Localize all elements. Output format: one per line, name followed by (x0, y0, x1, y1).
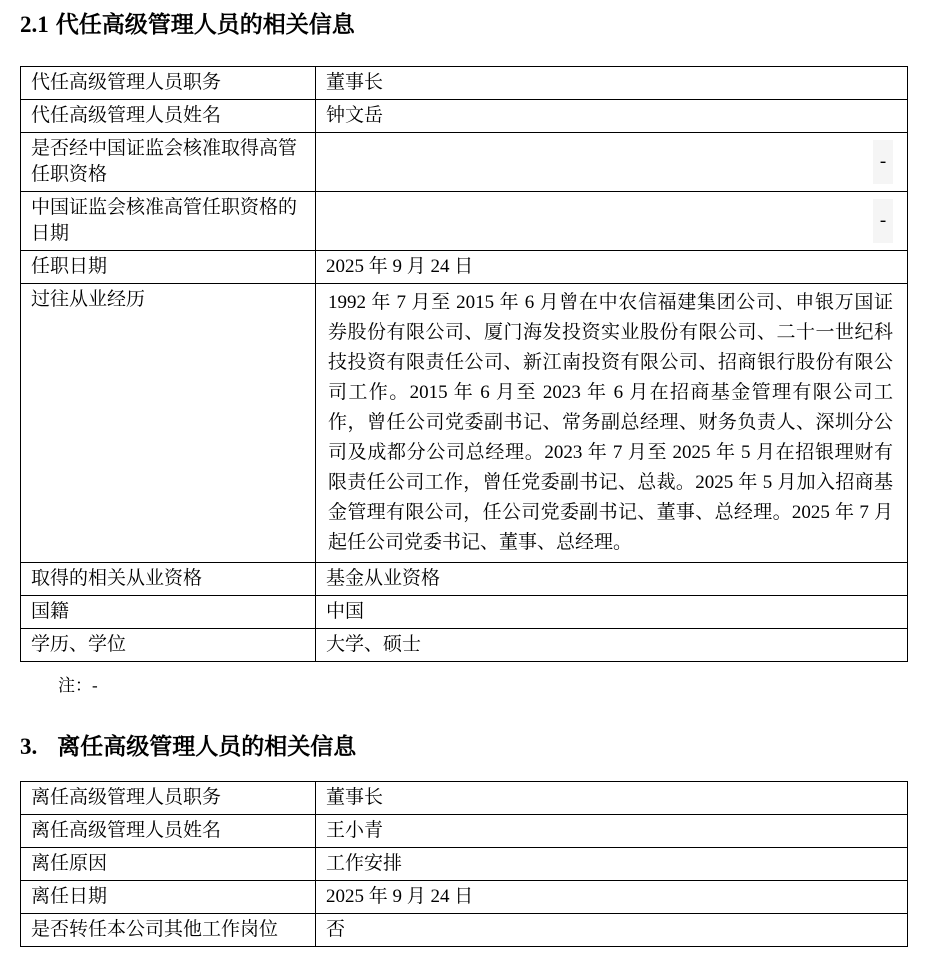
section-title: 离任高级管理人员的相关信息 (57, 734, 356, 759)
section-title: 代任高级管理人员的相关信息 (56, 12, 355, 37)
row-label: 离任原因 (21, 848, 316, 881)
row-value: 2025 年 9 月 24 日 (316, 251, 908, 284)
row-label: 是否转任本公司其他工作岗位 (21, 914, 316, 947)
row-label: 代任高级管理人员姓名 (21, 100, 316, 133)
table-row: 学历、学位 大学、硕士 (21, 629, 908, 662)
footnote: 注：- (58, 676, 908, 696)
departing-executive-table: 离任高级管理人员职务 董事长 离任高级管理人员姓名 王小青 离任原因 工作安排 … (20, 781, 908, 947)
row-label: 中国证监会核准高管任职资格的日期 (21, 192, 316, 251)
row-value-biography: 1992 年 7 月至 2015 年 6 月曾在中农信福建集团公司、申银万国证券… (316, 284, 908, 563)
row-value: 董事长 (316, 782, 908, 815)
section-number: 2.1 (20, 10, 49, 40)
table-row: 代任高级管理人员职务 董事长 (21, 67, 908, 100)
table-row: 离任原因 工作安排 (21, 848, 908, 881)
row-label: 离任日期 (21, 881, 316, 914)
row-value: 钟文岳 (316, 100, 908, 133)
table-row: 离任高级管理人员职务 董事长 (21, 782, 908, 815)
row-value: 基金从业资格 (316, 563, 908, 596)
table-row: 离任高级管理人员姓名 王小青 (21, 815, 908, 848)
row-value: 工作安排 (316, 848, 908, 881)
table-row: 任职日期 2025 年 9 月 24 日 (21, 251, 908, 284)
row-label: 取得的相关从业资格 (21, 563, 316, 596)
row-label: 代任高级管理人员职务 (21, 67, 316, 100)
section-heading-departing: 3.离任高级管理人员的相关信息 (20, 732, 908, 762)
table-row: 过往从业经历 1992 年 7 月至 2015 年 6 月曾在中农信福建集团公司… (21, 284, 908, 563)
table-row: 离任日期 2025 年 9 月 24 日 (21, 881, 908, 914)
section-number: 3. (20, 732, 37, 762)
row-value: - (316, 192, 908, 251)
table-row: 代任高级管理人员姓名 钟文岳 (21, 100, 908, 133)
row-value: - (316, 133, 908, 192)
row-value: 2025 年 9 月 24 日 (316, 881, 908, 914)
row-label: 任职日期 (21, 251, 316, 284)
row-label: 学历、学位 (21, 629, 316, 662)
row-label: 是否经中国证监会核准取得高管任职资格 (21, 133, 316, 192)
row-value: 否 (316, 914, 908, 947)
acting-executive-table: 代任高级管理人员职务 董事长 代任高级管理人员姓名 钟文岳 是否经中国证监会核准… (20, 66, 908, 662)
row-label: 国籍 (21, 596, 316, 629)
section-heading-acting: 2.1代任高级管理人员的相关信息 (20, 10, 908, 40)
dash-value: - (873, 140, 893, 184)
row-value: 王小青 (316, 815, 908, 848)
dash-value: - (873, 199, 893, 243)
table-row: 是否转任本公司其他工作岗位 否 (21, 914, 908, 947)
row-value: 大学、硕士 (316, 629, 908, 662)
row-label: 离任高级管理人员职务 (21, 782, 316, 815)
table-row: 中国证监会核准高管任职资格的日期 - (21, 192, 908, 251)
row-label: 离任高级管理人员姓名 (21, 815, 316, 848)
document-page: 2.1代任高级管理人员的相关信息 代任高级管理人员职务 董事长 代任高级管理人员… (0, 0, 930, 964)
row-label: 过往从业经历 (21, 284, 316, 563)
row-value: 中国 (316, 596, 908, 629)
table-row: 国籍 中国 (21, 596, 908, 629)
table-row: 是否经中国证监会核准取得高管任职资格 - (21, 133, 908, 192)
table-row: 取得的相关从业资格 基金从业资格 (21, 563, 908, 596)
row-value: 董事长 (316, 67, 908, 100)
